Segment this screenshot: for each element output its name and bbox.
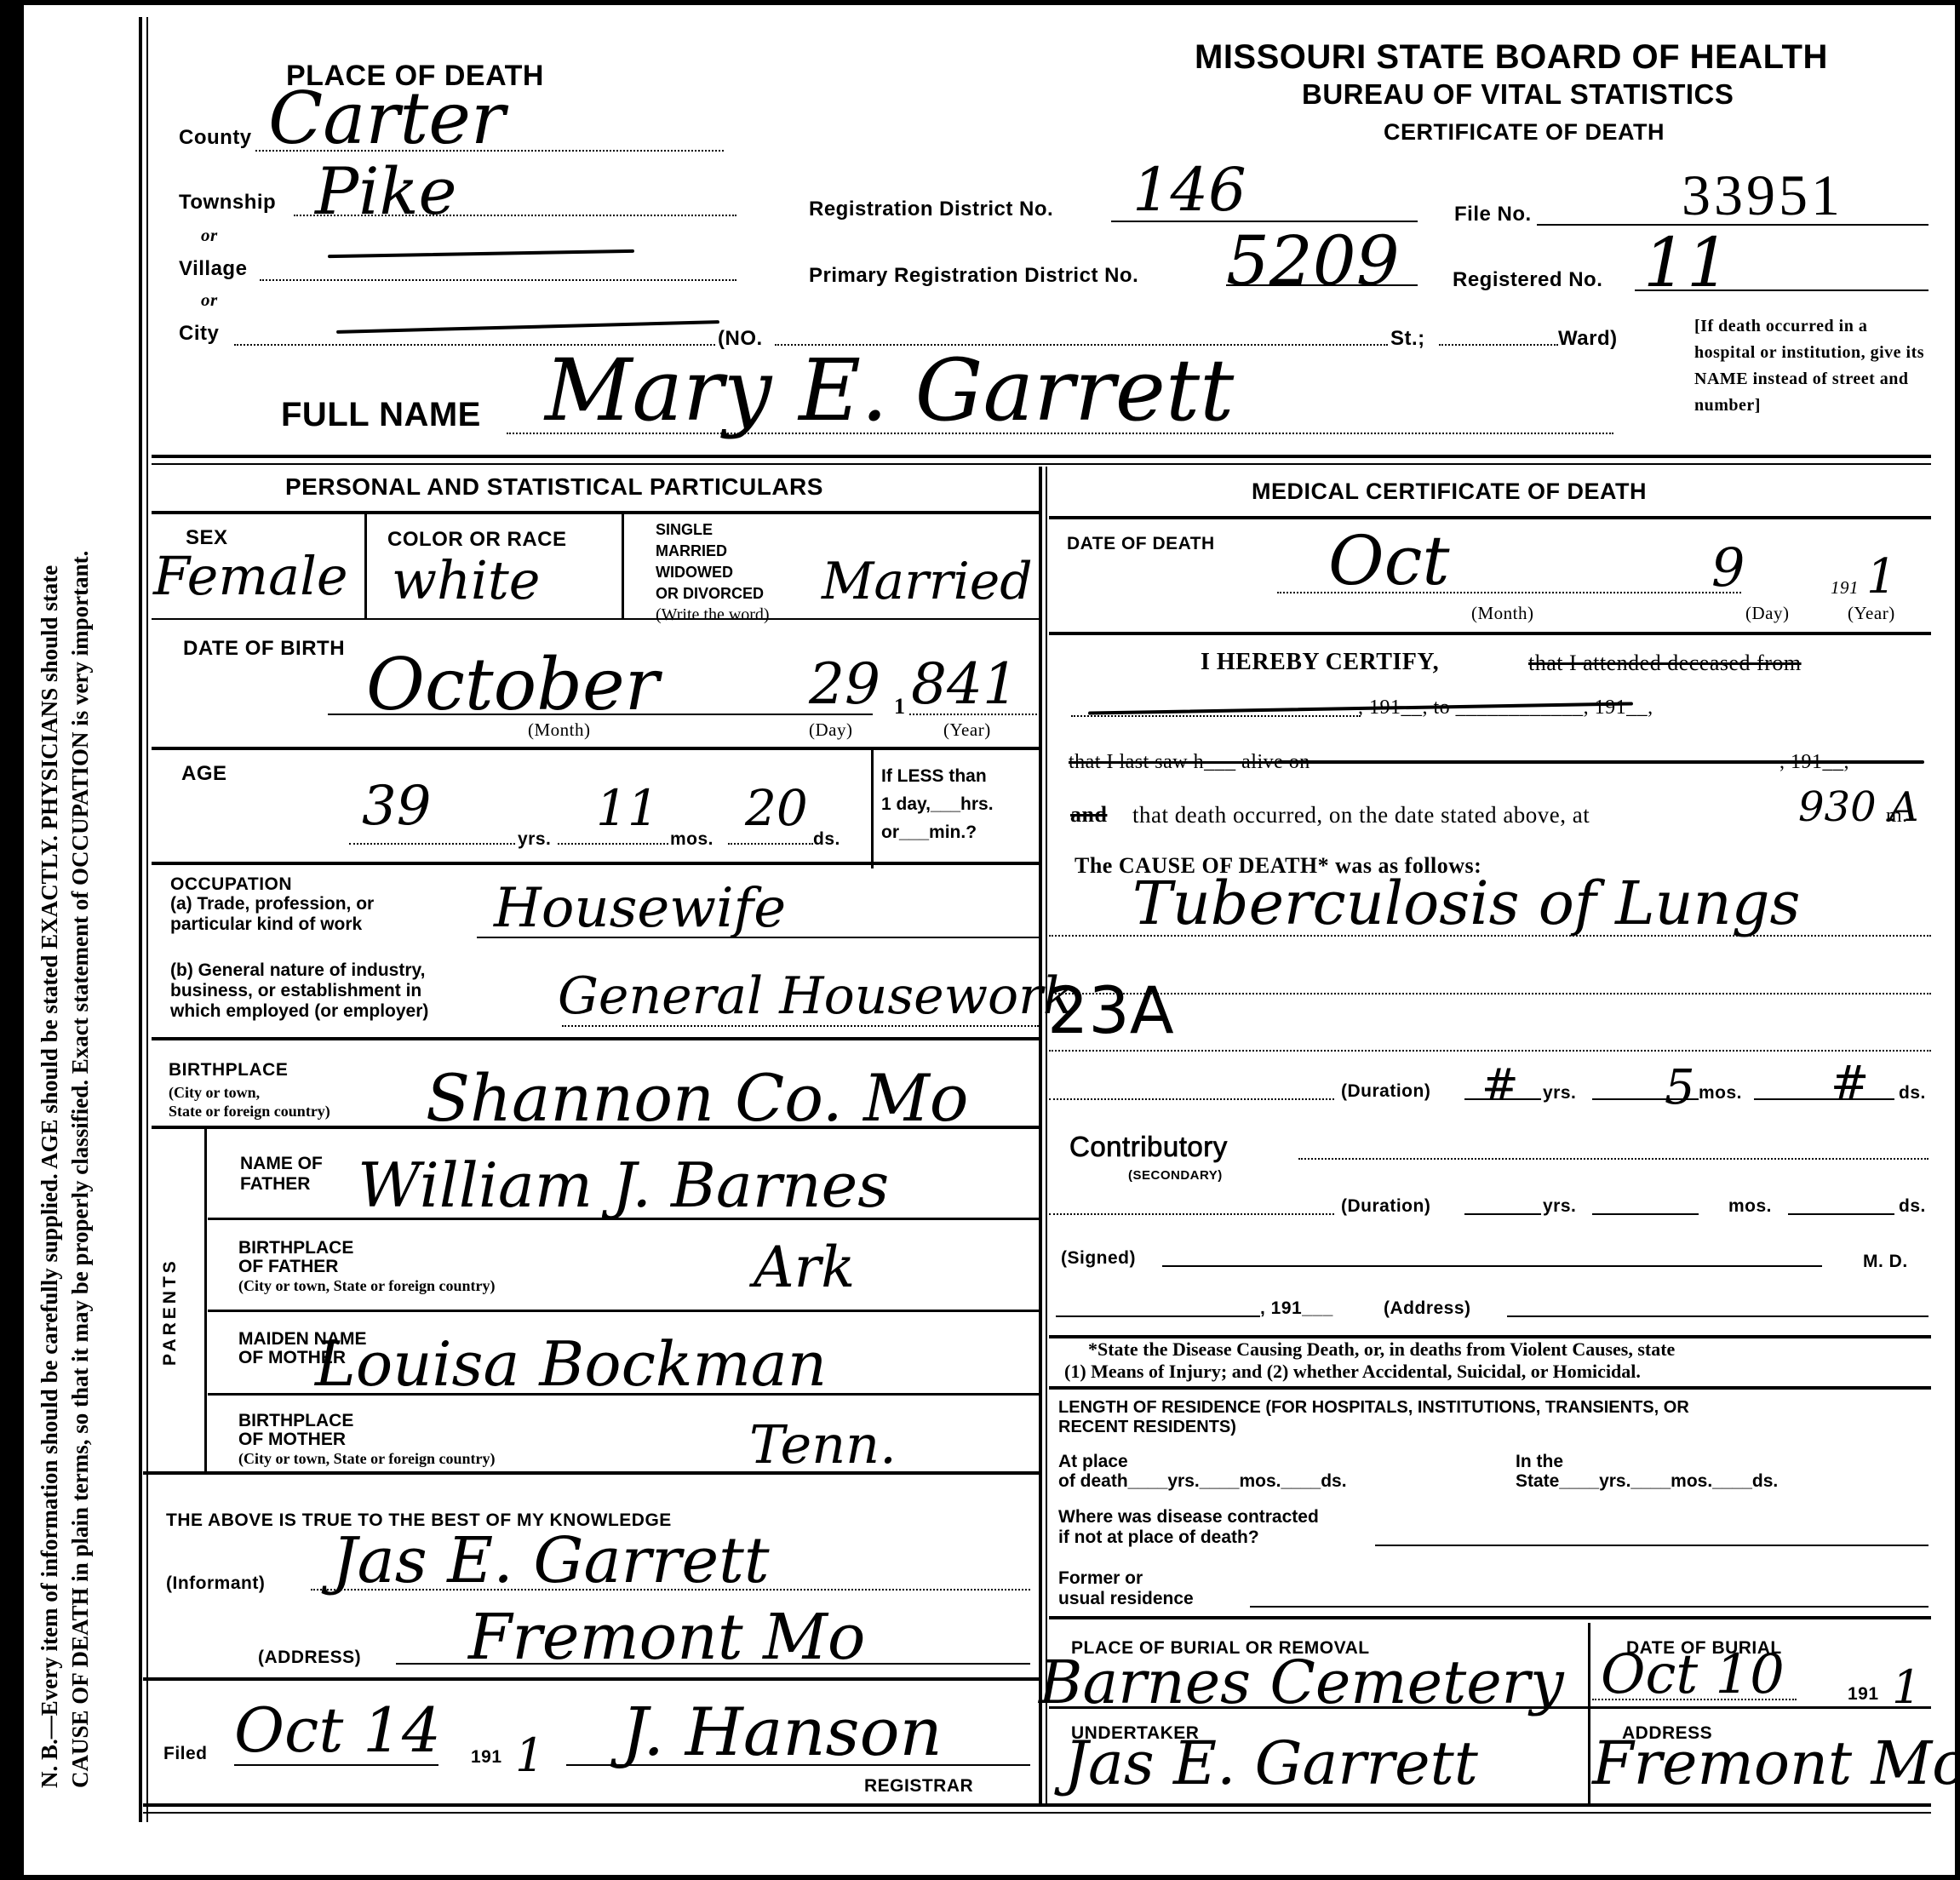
- parents-column-divider: [204, 1129, 207, 1471]
- race-marital-divider: [622, 514, 624, 618]
- occ-b-line3: which employed (or employer): [170, 1001, 428, 1022]
- city-dash-mark: [336, 320, 719, 334]
- duration-days-value: #: [1831, 1056, 1869, 1109]
- form-left-border-inner: [146, 17, 148, 1822]
- father-name-value: William J. Barnes: [358, 1149, 889, 1221]
- sex-race-divider: [364, 514, 367, 618]
- registrar-label: REGISTRAR: [864, 1776, 973, 1797]
- father-label-line2: FATHER: [240, 1174, 323, 1195]
- occupation-divider: [152, 862, 1039, 865]
- registrar-line: [566, 1764, 1030, 1766]
- occupation-b-label: (b) General nature of industry, business…: [170, 960, 428, 1022]
- birthplace-value: Shannon Co. Mo: [426, 1060, 969, 1136]
- dob-day-caption: (Day): [809, 719, 852, 741]
- dob-day-value: 29: [809, 651, 880, 717]
- signed-line: [1162, 1265, 1822, 1267]
- marital-options: SINGLE MARRIED WIDOWED OR DIVORCED (Writ…: [656, 519, 770, 626]
- filed-label: Filed: [163, 1744, 208, 1764]
- mother-bp-divider: [208, 1393, 1039, 1396]
- primary-district-value: 5209: [1226, 221, 1400, 301]
- full-name-line: [507, 433, 1613, 434]
- township-label: Township: [179, 191, 276, 215]
- file-no-line: [1537, 224, 1928, 226]
- occupation-a-line: [477, 937, 1039, 938]
- registrar-signature: J. Hanson: [622, 1694, 943, 1771]
- medical-heading: MEDICAL CERTIFICATE OF DEATH: [1252, 479, 1647, 505]
- scan-border-bottom: [0, 1875, 1960, 1880]
- registered-no-line: [1635, 289, 1928, 291]
- marital-option-married: MARRIED: [656, 541, 770, 562]
- marital-hint: (Write the word): [656, 605, 770, 626]
- father-bp-line2: OF FATHER: [238, 1258, 495, 1276]
- burial-divider: [1049, 1616, 1931, 1619]
- registered-no-label: Registered No.: [1453, 268, 1602, 292]
- age-years-value: 39: [362, 775, 431, 838]
- duration-yrs-unit: yrs.: [1543, 1083, 1576, 1103]
- signed-address-label: (Address): [1384, 1298, 1471, 1319]
- duration-label: (Duration): [1341, 1081, 1430, 1102]
- residence-heading: LENGTH OF RESIDENCE (FOR HOSPITALS, INST…: [1058, 1398, 1689, 1437]
- occupation-a-label: (a) Trade, profession, or particular kin…: [170, 894, 374, 935]
- occupation-b-value: General Housework: [558, 966, 1074, 1026]
- mother-bp-line3: (City or town, State or foreign country): [238, 1449, 495, 1468]
- occ-b-line1: (b) General nature of industry,: [170, 960, 428, 981]
- undertaker-address-value: Fremont Mo: [1592, 1728, 1960, 1798]
- mother-birthplace-value: Tenn.: [749, 1413, 897, 1476]
- side-instruction-note: N. B.—Every item of information should b…: [34, 34, 95, 1788]
- county-label: County: [179, 126, 252, 150]
- agency-title: MISSOURI STATE BOARD OF HEALTH: [1195, 38, 1828, 77]
- occurred-text: that death occurred, on the date stated …: [1132, 802, 1590, 828]
- marital-option-divorced: OR DIVORCED: [656, 583, 770, 605]
- secondary-ds-unit: ds.: [1899, 1196, 1926, 1217]
- duration-mos-unit: mos.: [1699, 1083, 1742, 1103]
- md-label: M. D.: [1863, 1252, 1908, 1272]
- dod-label: DATE OF DEATH: [1067, 534, 1215, 554]
- certificate-title: CERTIFICATE OF DEATH: [1384, 119, 1665, 146]
- former-line2: usual residence: [1058, 1589, 1194, 1609]
- city-label: City: [179, 322, 219, 346]
- birthplace-sub-label: (City or town, State or foreign country): [169, 1083, 330, 1121]
- marital-value: Married: [822, 552, 1033, 611]
- section-divider-top-inner: [152, 463, 1931, 465]
- father-bp-line3: (City or town, State or foreign country): [238, 1276, 495, 1295]
- occ-a-line2: particular kind of work: [170, 914, 374, 935]
- duration-years-line: [1464, 1098, 1541, 1100]
- file-no-value: 33951: [1682, 162, 1843, 229]
- occupation-b-line: [562, 1025, 1039, 1027]
- father-bp-line1: BIRTHPLACE: [238, 1239, 495, 1258]
- parents-label: PARENTS: [160, 1258, 181, 1366]
- cause-footnote: *State the Disease Causing Death, or, in…: [1064, 1338, 1931, 1383]
- race-label: COLOR OR RACE: [387, 528, 567, 552]
- dod-month-value: Oct: [1328, 521, 1450, 600]
- ward-label: Ward): [1558, 327, 1618, 351]
- former-residence-line: [1250, 1606, 1928, 1608]
- township-value: Pike: [315, 153, 456, 229]
- birthplace-divider: [152, 1037, 1039, 1040]
- dod-day-caption: (Day): [1745, 603, 1789, 624]
- age-days-line: [728, 843, 813, 845]
- dob-divider: [152, 618, 1039, 620]
- footnote-line2: (1) Means of Injury; and (2) whether Acc…: [1064, 1361, 1931, 1383]
- marital-option-widowed: WIDOWED: [656, 562, 770, 583]
- cause-line-1: [1049, 935, 1931, 937]
- in-state-line2: State____yrs.____mos.____ds.: [1516, 1471, 1778, 1491]
- contracted-line2: if not at place of death?: [1058, 1527, 1319, 1548]
- cause-line-2: [1049, 993, 1931, 994]
- street-label: St.;: [1390, 327, 1425, 351]
- informant-divider: [143, 1471, 1039, 1475]
- dob-month-line: [328, 714, 873, 715]
- contributory-line: [1298, 1158, 1928, 1160]
- occupation-a-value: Housewife: [494, 877, 786, 940]
- personal-heading-divider: [152, 511, 1039, 514]
- dod-year-value: 1: [1866, 549, 1897, 605]
- secondary-duration-lead: [1049, 1213, 1334, 1215]
- registration-district-label: Registration District No.: [809, 198, 1053, 221]
- signed-date-line: [1056, 1315, 1260, 1317]
- occ-b-line2: business, or establishment in: [170, 981, 428, 1001]
- contracted-line: [1375, 1545, 1928, 1546]
- side-note-line2: CAUSE OF DEATH in plain terms, so that i…: [65, 34, 95, 1788]
- ward-line: [1439, 344, 1558, 346]
- less-than-line2: 1 day,___hrs.: [881, 790, 994, 818]
- section-divider-top: [152, 455, 1931, 458]
- informant-address-line: [396, 1663, 1030, 1665]
- former-line1: Former or: [1058, 1568, 1194, 1589]
- father-label-line1: NAME OF: [240, 1154, 323, 1174]
- duration-days-line: [1754, 1098, 1894, 1100]
- certify-divider: [1049, 632, 1931, 635]
- dob-year-line: [909, 714, 1037, 715]
- informant-label: (Informant): [166, 1573, 265, 1594]
- age-days-value: 20: [745, 779, 808, 837]
- birthplace-label: BIRTHPLACE: [169, 1060, 288, 1080]
- age-months-value: 11: [596, 779, 659, 837]
- occ-a-line1: (a) Trade, profession, or: [170, 894, 374, 914]
- certify-struck-text: that I attended deceased from: [1528, 651, 1802, 676]
- at-place-line2: of death____yrs.____mos.____ds.: [1058, 1471, 1347, 1491]
- age-label: AGE: [181, 762, 227, 786]
- secondary-label: (SECONDARY): [1128, 1168, 1223, 1183]
- file-no-label: File No.: [1454, 203, 1532, 226]
- residence-at-place: At place of death____yrs.____mos.____ds.: [1058, 1452, 1347, 1491]
- undertaker-divider: [1049, 1706, 1931, 1709]
- mother-birthplace-label: BIRTHPLACE OF MOTHER (City or town, Stat…: [238, 1412, 495, 1468]
- contributory-label: Contributory: [1069, 1131, 1228, 1163]
- filed-date-value: Oct 14: [234, 1694, 441, 1766]
- village-dash-mark: [328, 249, 634, 258]
- attended-from-line: [1071, 715, 1361, 717]
- form-left-border: [139, 17, 142, 1822]
- less-than-line3: or___min.?: [881, 818, 994, 846]
- mother-bp-line1: BIRTHPLACE: [238, 1412, 495, 1430]
- form-bottom-border: [143, 1803, 1931, 1807]
- mother-name-value: Louisa Bockman: [315, 1328, 827, 1400]
- less-than-day-note: If LESS than 1 day,___hrs. or___min.?: [881, 762, 994, 846]
- age-divider: [152, 747, 1039, 750]
- last-saw-end: , 191__,: [1779, 751, 1849, 774]
- residence-heading-line1: LENGTH OF RESIDENCE (FOR HOSPITALS, INST…: [1058, 1398, 1689, 1418]
- filed-date-line: [234, 1764, 438, 1766]
- personal-heading: PERSONAL AND STATISTICAL PARTICULARS: [285, 473, 823, 501]
- informant-line: [311, 1589, 1030, 1591]
- age-less-divider: [871, 749, 874, 868]
- filed-divider: [143, 1677, 1039, 1681]
- center-divider-inner: [1046, 467, 1047, 1805]
- at-place-line1: At place: [1058, 1452, 1347, 1471]
- form-bottom-border-inner: [143, 1812, 1931, 1814]
- burial-date-line: [1592, 1699, 1797, 1700]
- dod-year-caption: (Year): [1848, 603, 1895, 624]
- duration-ds-unit: ds.: [1899, 1083, 1926, 1103]
- duration-lead-line: [1049, 1098, 1334, 1100]
- residence-divider: [1049, 1386, 1931, 1390]
- age-ds-unit: ds.: [813, 829, 840, 850]
- or-label-2: or: [201, 289, 218, 311]
- cause-value: Tuberculosis of Lungs: [1132, 868, 1800, 938]
- duration-months-value: 5: [1665, 1060, 1695, 1115]
- burial-year-prefix: 191: [1848, 1684, 1879, 1705]
- in-state-line1: In the: [1516, 1452, 1778, 1471]
- cause-code-value: 23A: [1047, 972, 1174, 1048]
- certify-bold: I HEREBY CERTIFY,: [1201, 649, 1439, 676]
- center-divider: [1039, 467, 1042, 1805]
- full-name-label: FULL NAME: [281, 396, 481, 434]
- father-bp-divider: [208, 1218, 1039, 1220]
- scan-border-right: [1955, 0, 1960, 1880]
- age-mos-unit: mos.: [670, 829, 714, 850]
- marital-option-single: SINGLE: [656, 519, 770, 541]
- birthplace-sub-line2: State or foreign country): [169, 1102, 330, 1121]
- age-months-line: [558, 843, 668, 845]
- informant-address-label: (ADDRESS): [258, 1648, 361, 1668]
- contracted-line1: Where was disease contracted: [1058, 1507, 1319, 1527]
- time-m-suffix: m.: [1886, 805, 1908, 828]
- father-birthplace-value: Ark: [754, 1235, 855, 1300]
- residence-in-state: In the State____yrs.____mos.____ds.: [1516, 1452, 1778, 1491]
- signed-date-191: , 191___: [1260, 1298, 1333, 1319]
- secondary-yrs-line: [1464, 1213, 1541, 1215]
- mother-bp-line2: OF MOTHER: [238, 1430, 495, 1449]
- less-than-line1: If LESS than: [881, 762, 994, 790]
- occurred-struck: and: [1070, 802, 1107, 828]
- secondary-duration-label: (Duration): [1341, 1196, 1430, 1217]
- bureau-title: BUREAU OF VITAL STATISTICS: [1302, 78, 1734, 111]
- filed-year-value: 1: [515, 1728, 544, 1782]
- signed-label: (Signed): [1061, 1248, 1136, 1269]
- secondary-ds-line: [1788, 1213, 1894, 1215]
- occupation-label: OCCUPATION: [170, 874, 292, 895]
- duration-months-line: [1592, 1098, 1699, 1100]
- village-line: [260, 279, 736, 281]
- filed-year-prefix: 191: [471, 1747, 502, 1768]
- footnote-line1: *State the Disease Causing Death, or, in…: [1064, 1338, 1931, 1361]
- parents-divider: [152, 1126, 1039, 1129]
- township-line: [294, 215, 736, 216]
- secondary-mos-unit: mos.: [1728, 1196, 1772, 1217]
- attended-line-text: , 191__, to ____________, 191__,: [1358, 696, 1653, 719]
- primary-district-label: Primary Registration District No.: [809, 264, 1138, 288]
- father-birthplace-label: BIRTHPLACE OF FATHER (City or town, Stat…: [238, 1239, 495, 1295]
- registration-district-value: 146: [1132, 155, 1246, 225]
- dob-year-caption: (Year): [943, 719, 991, 741]
- cause-line-3: [1049, 1050, 1931, 1052]
- burial-column-divider: [1588, 1623, 1590, 1803]
- informant-value: Jas E. Garrett: [332, 1524, 770, 1597]
- dob-month-caption: (Month): [528, 719, 591, 741]
- secondary-yrs-unit: yrs.: [1543, 1196, 1576, 1217]
- dob-label: DATE OF BIRTH: [183, 637, 345, 661]
- full-name-value: Mary E. Garrett: [545, 341, 1234, 440]
- hospital-note: [If death occurred in a hospital or inst…: [1694, 313, 1928, 419]
- signed-address-line: [1507, 1315, 1928, 1317]
- dob-year-value: 841: [911, 651, 1018, 717]
- scan-border-left: [0, 0, 24, 1880]
- dod-line: [1277, 592, 1741, 593]
- county-value: Carter: [268, 77, 505, 160]
- last-saw-struck: that I last saw h___ alive on: [1069, 751, 1310, 774]
- dob-year-prefix: 1: [894, 694, 906, 719]
- race-value: white: [392, 549, 540, 611]
- disease-contracted: Where was disease contracted if not at p…: [1058, 1507, 1319, 1548]
- village-label: Village: [179, 257, 247, 281]
- father-name-label: NAME OF FATHER: [240, 1154, 323, 1195]
- or-label-1: or: [201, 225, 218, 246]
- former-residence: Former or usual residence: [1058, 1568, 1194, 1609]
- age-yrs-unit: yrs.: [518, 829, 551, 850]
- secondary-mos-line: [1592, 1213, 1699, 1215]
- age-years-line: [349, 843, 515, 845]
- duration-years-value: #: [1481, 1060, 1519, 1111]
- mother-name-divider: [208, 1310, 1039, 1312]
- dod-month-caption: (Month): [1471, 603, 1534, 624]
- residence-heading-line2: RECENT RESIDENTS): [1058, 1418, 1689, 1437]
- side-note-line1: N. B.—Every item of information should b…: [34, 34, 65, 1788]
- medical-heading-divider: [1049, 516, 1931, 519]
- undertaker-value: Jas E. Garrett: [1064, 1728, 1478, 1798]
- dod-day-value: 9: [1711, 536, 1745, 599]
- birthplace-sub-line1: (City or town,: [169, 1083, 330, 1102]
- burial-date-value: Oct 10: [1601, 1643, 1785, 1706]
- sex-value: Female: [153, 545, 348, 607]
- primary-district-line: [1226, 284, 1418, 286]
- dod-year-prefix: 191: [1831, 577, 1859, 599]
- county-line: [255, 150, 724, 152]
- scan-border-top: [0, 0, 1960, 5]
